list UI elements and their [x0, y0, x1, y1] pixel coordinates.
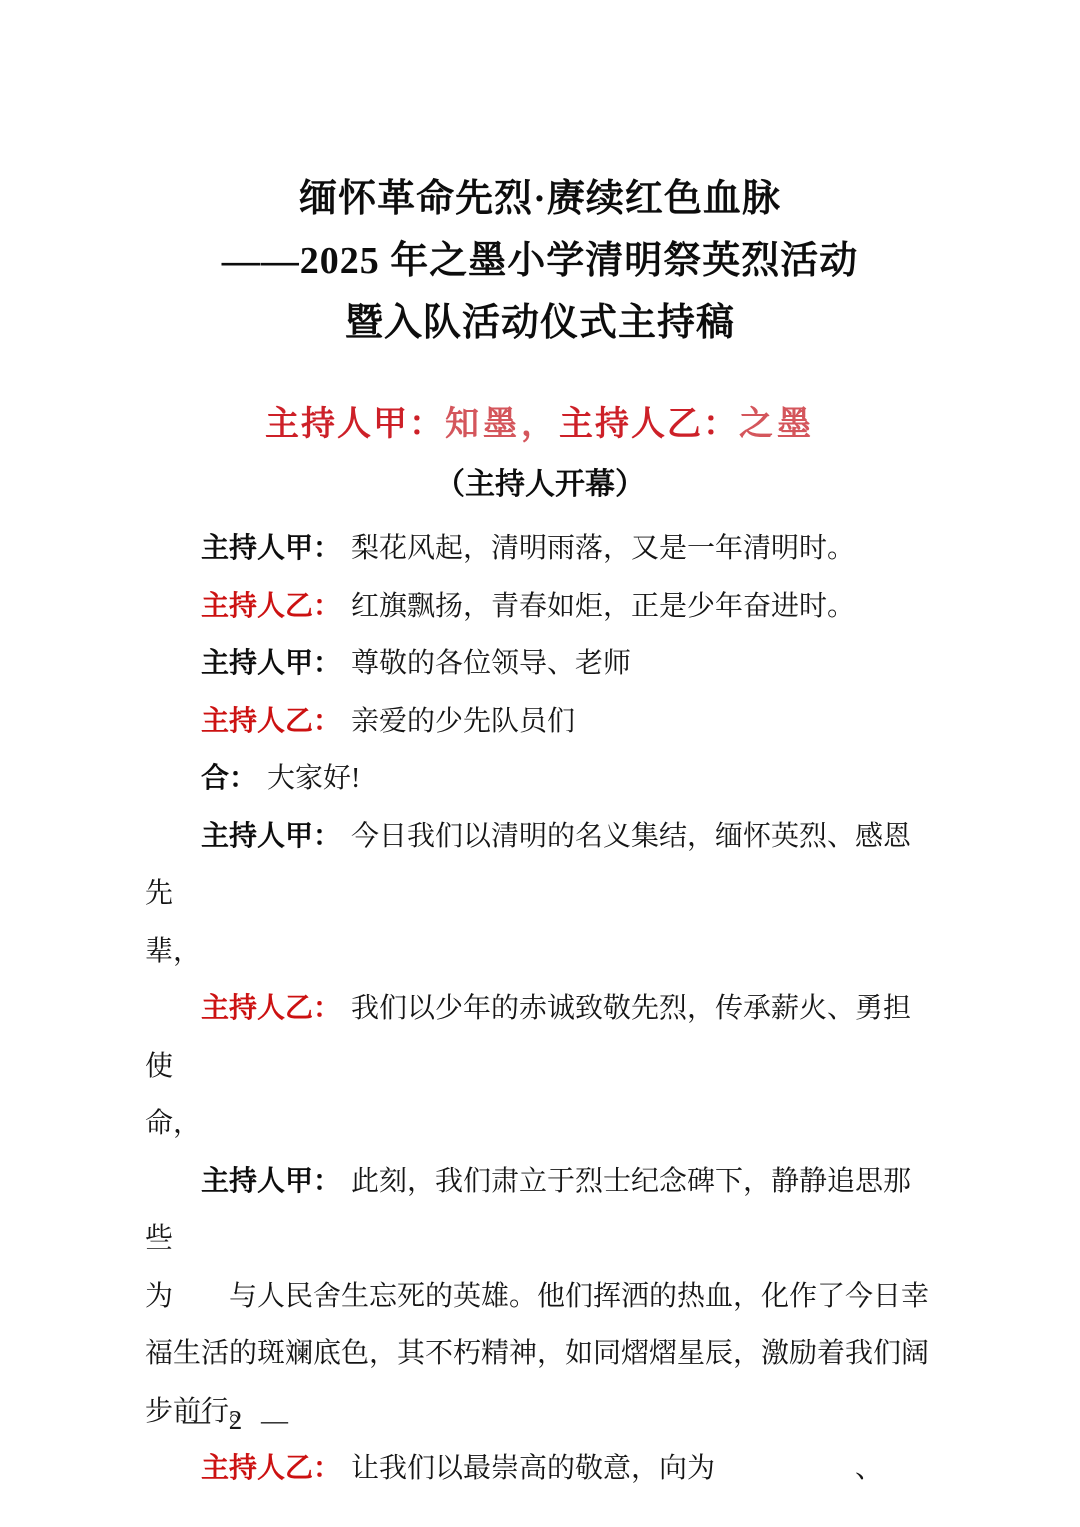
- dialogue-line: 合：大家好!: [145, 750, 935, 808]
- dialogue-line: 主持人乙：红旗飘扬，青春如炬，正是少年奋进时。: [145, 578, 935, 636]
- dialogue-line: 主持人甲：今日我们以清明的名义集结，缅怀英烈、感恩先 辈，: [145, 808, 935, 981]
- dialogue-body: 主持人甲：梨花风起，清明雨落，又是一年清明时。 主持人乙：红旗飘扬，青春如炬，正…: [145, 520, 935, 1498]
- speaker-label: 主持人乙：: [201, 993, 341, 1024]
- title-line-1: 缅怀革命先烈·赓续红色血脉: [145, 168, 935, 230]
- dialogue-text: 梨花风起，清明雨落，又是一年清明时。: [351, 533, 855, 564]
- host-a-name: 知墨，: [445, 406, 559, 443]
- speaker-label: 主持人甲：: [201, 533, 341, 564]
- stage-direction: （主持人开幕）: [145, 464, 935, 506]
- dialogue-line: 主持人甲：梨花风起，清明雨落，又是一年清明时。: [145, 520, 935, 578]
- host-b-label: 主持人乙：: [559, 406, 739, 443]
- title-line-3: 暨入队活动仪式主持稿: [145, 292, 935, 354]
- speaker-label: 主持人乙：: [201, 1453, 341, 1484]
- dialogue-text: 红旗飘扬，青春如炬，正是少年奋进时。: [351, 591, 855, 622]
- title-line-2: ——2025 年之墨小学清明祭英烈活动: [145, 230, 935, 292]
- hosts-line: 主持人甲：知墨，主持人乙：之墨: [145, 402, 935, 448]
- dialogue-text: 亲爱的少先队员们: [351, 706, 575, 737]
- dialogue-line: 主持人甲：尊敬的各位领导、老师: [145, 635, 935, 693]
- host-b-name: 之墨: [739, 406, 815, 443]
- dialogue-line: 主持人乙：让我们以最崇高的敬意，向为 、: [145, 1440, 935, 1498]
- dialogue-line: 主持人甲：此刻，我们肃立于烈士纪念碑下，静静追思那些 为 与人民舍生忘死的英雄。…: [145, 1153, 935, 1441]
- speaker-label: 主持人甲：: [201, 821, 341, 852]
- speaker-label: 合：: [201, 763, 257, 794]
- page-number: — 2 —: [183, 1405, 294, 1436]
- host-a-label: 主持人甲：: [265, 406, 445, 443]
- dialogue-text: 让我们以最崇高的敬意，向为 、: [351, 1453, 883, 1484]
- dialogue-text: 大家好!: [267, 763, 360, 794]
- dialogue-text: 此刻，我们肃立于烈士纪念碑下，静静追思那些 为 与人民舍生忘死的英雄。他们挥洒的…: [145, 1166, 929, 1427]
- speaker-label: 主持人乙：: [201, 591, 341, 622]
- speaker-label: 主持人甲：: [201, 1166, 341, 1197]
- dialogue-line: 主持人乙：我们以少年的赤诚致敬先烈，传承薪火、勇担使 命，: [145, 980, 935, 1153]
- document-content: 缅怀革命先烈·赓续红色血脉 ——2025 年之墨小学清明祭英烈活动 暨入队活动仪…: [145, 0, 935, 1498]
- dialogue-line: 主持人乙：亲爱的少先队员们: [145, 693, 935, 751]
- document-title: 缅怀革命先烈·赓续红色血脉 ——2025 年之墨小学清明祭英烈活动 暨入队活动仪…: [145, 0, 935, 354]
- speaker-label: 主持人甲：: [201, 648, 341, 679]
- dialogue-text: 尊敬的各位领导、老师: [351, 648, 631, 679]
- document-page: 缅怀革命先烈·赓续红色血脉 ——2025 年之墨小学清明祭英烈活动 暨入队活动仪…: [0, 0, 1080, 1527]
- speaker-label: 主持人乙：: [201, 706, 341, 737]
